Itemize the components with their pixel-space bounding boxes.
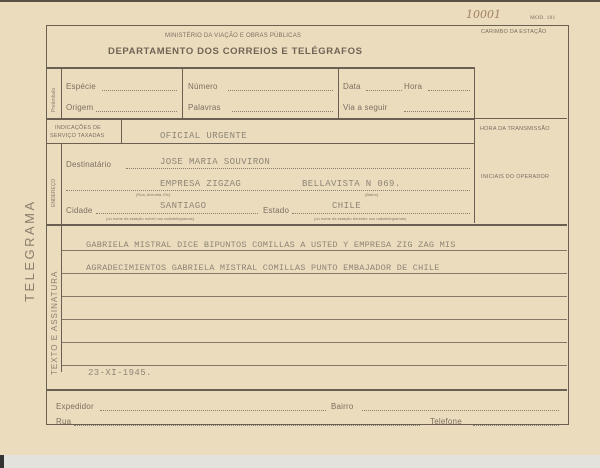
via-label: Via a seguir — [343, 103, 388, 112]
text-date: 23-XI-1945. — [88, 368, 152, 378]
model-number: MOD. 181 — [530, 15, 555, 21]
numero-label: Número — [188, 82, 218, 91]
palavras-field[interactable] — [232, 111, 333, 112]
bairro-label: Bairro — [331, 402, 354, 411]
department-title: DEPARTAMENTO DOS CORREIOS E TELÉGRAFOS — [108, 46, 363, 57]
telegram-form: 10001 MOD. 181 MINISTÉRIO DA VIAÇÃO E OB… — [0, 0, 600, 455]
bairro-value[interactable]: BELLAVISTA N 069. — [302, 179, 401, 189]
service-label-2: SERVIÇO TAXADAS — [50, 133, 104, 139]
preamble-section-label: Preâmbulo — [51, 88, 57, 112]
telefone-label: Telefone — [430, 417, 462, 426]
telefone-field[interactable] — [473, 425, 559, 426]
hora-transmissao-label: HORA DA TRANSMISSÃO — [480, 126, 550, 132]
hora-field[interactable] — [428, 90, 470, 91]
bairro-hint: (Bairro) — [365, 192, 378, 197]
via-field[interactable] — [404, 111, 470, 112]
destinatario-label: Destinatário — [66, 160, 111, 169]
ministry-label: MINISTÉRIO DA VIAÇÃO E OBRAS PÚBLICAS — [165, 33, 301, 39]
rua-label: Rua — [56, 417, 71, 426]
palavras-label: Palavras — [188, 103, 221, 112]
scan-background — [0, 455, 600, 468]
especie-field[interactable] — [102, 90, 177, 91]
service-value: OFICIAL URGENTE — [160, 131, 247, 141]
expedidor-field[interactable] — [100, 410, 326, 411]
numero-field[interactable] — [228, 90, 333, 91]
street-value[interactable]: EMPRESA ZIGZAG — [160, 179, 241, 189]
estado-hint: (ou nome da estação terrestre nos radiot… — [314, 216, 406, 221]
destinatario-value[interactable]: JOSE MARIA SOUVIRON — [160, 157, 270, 167]
hora-label: Hora — [404, 82, 422, 91]
scan-edge — [0, 0, 600, 2]
data-label: Data — [343, 82, 361, 91]
service-label-1: INDICAÇÕES DE — [55, 125, 101, 131]
expedidor-label: Expedidor — [56, 402, 94, 411]
data-field[interactable] — [366, 90, 402, 91]
text-line-2: AGRADECIMIENTOS GABRIELA MISTRAL COMILLA… — [86, 263, 440, 273]
iniciais-operador-label: INICIAIS DO OPERADOR — [481, 174, 549, 180]
cidade-value[interactable]: SANTIAGO — [160, 201, 206, 211]
serial-number: 10001 — [466, 8, 501, 21]
stamp-label: CARIMBO DA ESTAÇÃO — [481, 29, 547, 35]
text-line-1: GABRIELA MISTRAL DICE BIPUNTOS COMILLAS … — [86, 240, 456, 250]
estado-label: Estado — [263, 206, 289, 215]
especie-label: Espécie — [66, 82, 96, 91]
cidade-hint: (ou nome da estação móvel nos radioteleg… — [106, 216, 194, 221]
street-hint: (Rua, Avenida, Etc) — [136, 192, 170, 197]
rua-field[interactable] — [74, 425, 420, 426]
origem-label: Origem — [66, 103, 93, 112]
origem-field[interactable] — [96, 111, 177, 112]
telegram-side-title: TELEGRAMA — [22, 199, 37, 302]
address-section-label: ENDEREÇO — [51, 179, 57, 207]
cidade-label: Cidade — [66, 206, 93, 215]
estado-value[interactable]: CHILE — [332, 201, 361, 211]
text-section-label: TEXTO E ASSINATURA — [50, 271, 59, 375]
bairro-field[interactable] — [362, 410, 559, 411]
